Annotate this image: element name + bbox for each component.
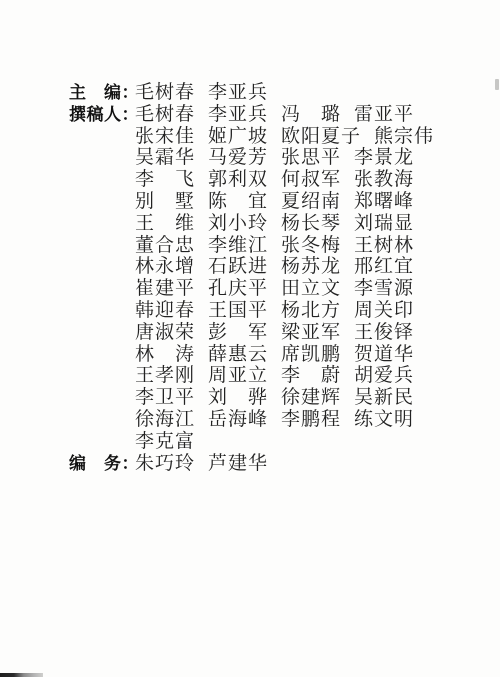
contributor-name: 马爱芳 (208, 147, 268, 169)
contributor-name: 席凯鹏 (281, 344, 341, 366)
contributor-name: 李卫平 (135, 387, 195, 409)
contributor-name: 李雪源 (354, 278, 414, 300)
name-row: 林 涛薛惠云席凯鹏贺道华 (135, 344, 500, 366)
section-label-editorial-staff: 编 务： (69, 453, 135, 475)
contributor-name: 郑曙峰 (354, 191, 414, 213)
section-rows: 朱巧玲芦建华 (135, 453, 500, 475)
contributor-name: 李亚兵 (208, 104, 268, 126)
contributor-name: 练文明 (354, 409, 414, 431)
section-label-chief-editor: 主 编： (69, 82, 135, 104)
contributor-name: 林 涛 (135, 344, 195, 366)
contributor-name: 李鹏程 (281, 409, 341, 431)
contributor-name: 李景龙 (354, 147, 414, 169)
name-row: 吴霜华马爱芳张思平李景龙 (135, 147, 500, 169)
contributor-name: 崔建平 (135, 278, 195, 300)
contributor-name: 李克富 (135, 431, 195, 453)
contributor-name: 张冬梅 (281, 235, 341, 257)
contributor-name: 陈 宜 (208, 191, 268, 213)
contributor-name: 李维江 (208, 235, 268, 257)
contributor-name: 王 维 (135, 213, 195, 235)
contributor-name: 欧阳夏子 (281, 126, 361, 148)
contributor-name: 岳海峰 (208, 409, 268, 431)
name-row: 毛树春李亚兵冯 璐雷亚平 (135, 104, 500, 126)
credits-page: 主 编：毛树春李亚兵撰稿人：毛树春李亚兵冯 璐雷亚平张宋佳姬广坡欧阳夏子熊宗伟吴… (0, 0, 500, 677)
contributor-name: 张宋佳 (135, 126, 195, 148)
contributor-name: 刘小玲 (208, 213, 268, 235)
contributor-name: 周关印 (354, 300, 414, 322)
contributor-name: 吴霜华 (135, 147, 195, 169)
contributor-name: 董合忠 (135, 235, 195, 257)
name-row: 韩迎春王国平杨北方周关印 (135, 300, 500, 322)
contributor-name: 雷亚平 (354, 104, 414, 126)
name-row: 朱巧玲芦建华 (135, 453, 500, 475)
section-label-contributors: 撰稿人： (69, 104, 135, 126)
name-row: 董合忠李维江张冬梅王树林 (135, 235, 500, 257)
name-row: 唐淑荣彭 军梁亚军王俊铎 (135, 322, 500, 344)
contributor-name: 王国平 (208, 300, 268, 322)
contributor-name: 唐淑荣 (135, 322, 195, 344)
contributor-name: 冯 璐 (281, 104, 341, 126)
contributor-name: 吴新民 (354, 387, 414, 409)
contributor-name: 韩迎春 (135, 300, 195, 322)
contributor-name: 朱巧玲 (135, 453, 195, 475)
contributor-name: 熊宗伟 (374, 126, 434, 148)
name-row: 李 飞郭利双何叔军张教海 (135, 169, 500, 191)
contributor-name: 胡爱兵 (354, 365, 414, 387)
contributor-name: 王俊铎 (354, 322, 414, 344)
contributor-name: 何叔军 (281, 169, 341, 191)
contributor-name: 彭 军 (208, 322, 268, 344)
contributor-name: 杨长琴 (281, 213, 341, 235)
contributor-name: 毛树春 (135, 82, 195, 104)
contributor-name: 别 墅 (135, 191, 195, 213)
contributor-name: 徐海江 (135, 409, 195, 431)
contributor-name: 孔庆平 (208, 278, 268, 300)
credits-section-chief-editor: 主 编：毛树春李亚兵 (0, 82, 500, 104)
contributor-name: 石跃进 (208, 256, 268, 278)
name-row: 王 维刘小玲杨长琴刘瑞显 (135, 213, 500, 235)
contributor-name: 刘 骅 (208, 387, 268, 409)
name-row: 李卫平刘 骅徐建辉吴新民 (135, 387, 500, 409)
contributor-name: 刘瑞显 (354, 213, 414, 235)
contributor-name: 郭利双 (208, 169, 268, 191)
contributor-name: 芦建华 (208, 453, 268, 475)
contributor-name: 李 飞 (135, 169, 195, 191)
contributor-name: 徐建辉 (281, 387, 341, 409)
contributor-name: 薛惠云 (208, 344, 268, 366)
scan-artifact-bottom-left (0, 673, 43, 677)
section-rows: 毛树春李亚兵冯 璐雷亚平张宋佳姬广坡欧阳夏子熊宗伟吴霜华马爱芳张思平李景龙李 飞… (135, 104, 500, 453)
contributor-name: 李 蔚 (281, 365, 341, 387)
name-row: 徐海江岳海峰李鹏程练文明 (135, 409, 500, 431)
name-row: 王孝刚周亚立李 蔚胡爱兵 (135, 365, 500, 387)
credits-list: 主 编：毛树春李亚兵撰稿人：毛树春李亚兵冯 璐雷亚平张宋佳姬广坡欧阳夏子熊宗伟吴… (0, 82, 500, 474)
section-rows: 毛树春李亚兵 (135, 82, 500, 104)
name-row: 李克富 (135, 431, 500, 453)
contributor-name: 夏绍南 (281, 191, 341, 213)
contributor-name: 杨北方 (281, 300, 341, 322)
contributor-name: 杨苏龙 (281, 256, 341, 278)
contributor-name: 王树林 (354, 235, 414, 257)
contributor-name: 贺道华 (354, 344, 414, 366)
contributor-name: 梁亚军 (281, 322, 341, 344)
name-row: 林永增石跃进杨苏龙邢红宜 (135, 256, 500, 278)
contributor-name: 周亚立 (208, 365, 268, 387)
contributor-name: 邢红宜 (354, 256, 414, 278)
contributor-name: 姬广坡 (208, 126, 268, 148)
name-row: 毛树春李亚兵 (135, 82, 500, 104)
name-row: 张宋佳姬广坡欧阳夏子熊宗伟 (135, 126, 500, 148)
credits-section-editorial-staff: 编 务：朱巧玲芦建华 (0, 453, 500, 475)
contributor-name: 张思平 (281, 147, 341, 169)
contributor-name: 田立文 (281, 278, 341, 300)
scan-artifact-right-edge (495, 79, 499, 90)
contributor-name: 林永增 (135, 256, 195, 278)
name-row: 崔建平孔庆平田立文李雪源 (135, 278, 500, 300)
contributor-name: 毛树春 (135, 104, 195, 126)
contributor-name: 王孝刚 (135, 365, 195, 387)
name-row: 别 墅陈 宜夏绍南郑曙峰 (135, 191, 500, 213)
contributor-name: 李亚兵 (208, 82, 268, 104)
contributor-name: 张教海 (354, 169, 414, 191)
credits-section-contributors: 撰稿人：毛树春李亚兵冯 璐雷亚平张宋佳姬广坡欧阳夏子熊宗伟吴霜华马爱芳张思平李景… (0, 104, 500, 453)
